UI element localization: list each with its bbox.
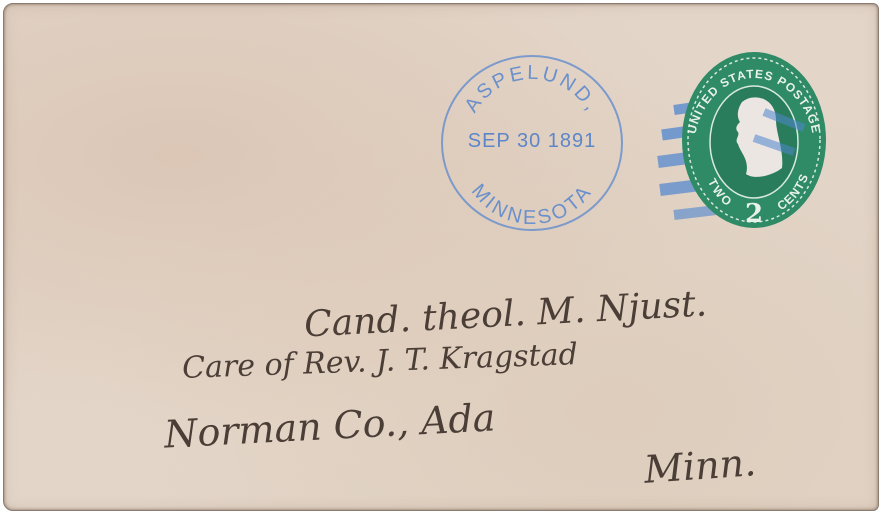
postage-stamp-indicia: UNITED STATES POSTAGE TWO CENTS 2: [654, 40, 854, 240]
address-line-town: Norman Co., Ada: [163, 395, 496, 456]
address-line-state: Minn.: [643, 440, 758, 492]
address-line-care-of: Care of Rev. J. T. Kragstad: [182, 337, 579, 386]
postmark-circle: ASPELUND, MINNESOTA SEP 30 1891: [438, 52, 626, 234]
postmark-state: MINNESOTA: [467, 180, 597, 229]
address-line-recipient: Cand. theol. M. Njust.: [303, 283, 708, 345]
stamp-denomination: 2: [745, 199, 763, 229]
svg-text:MINNESOTA: MINNESOTA: [467, 180, 597, 229]
postmark-date: SEP 30 1891: [438, 130, 626, 153]
envelope: ASPELUND, MINNESOTA SEP 30 1891: [3, 3, 879, 511]
